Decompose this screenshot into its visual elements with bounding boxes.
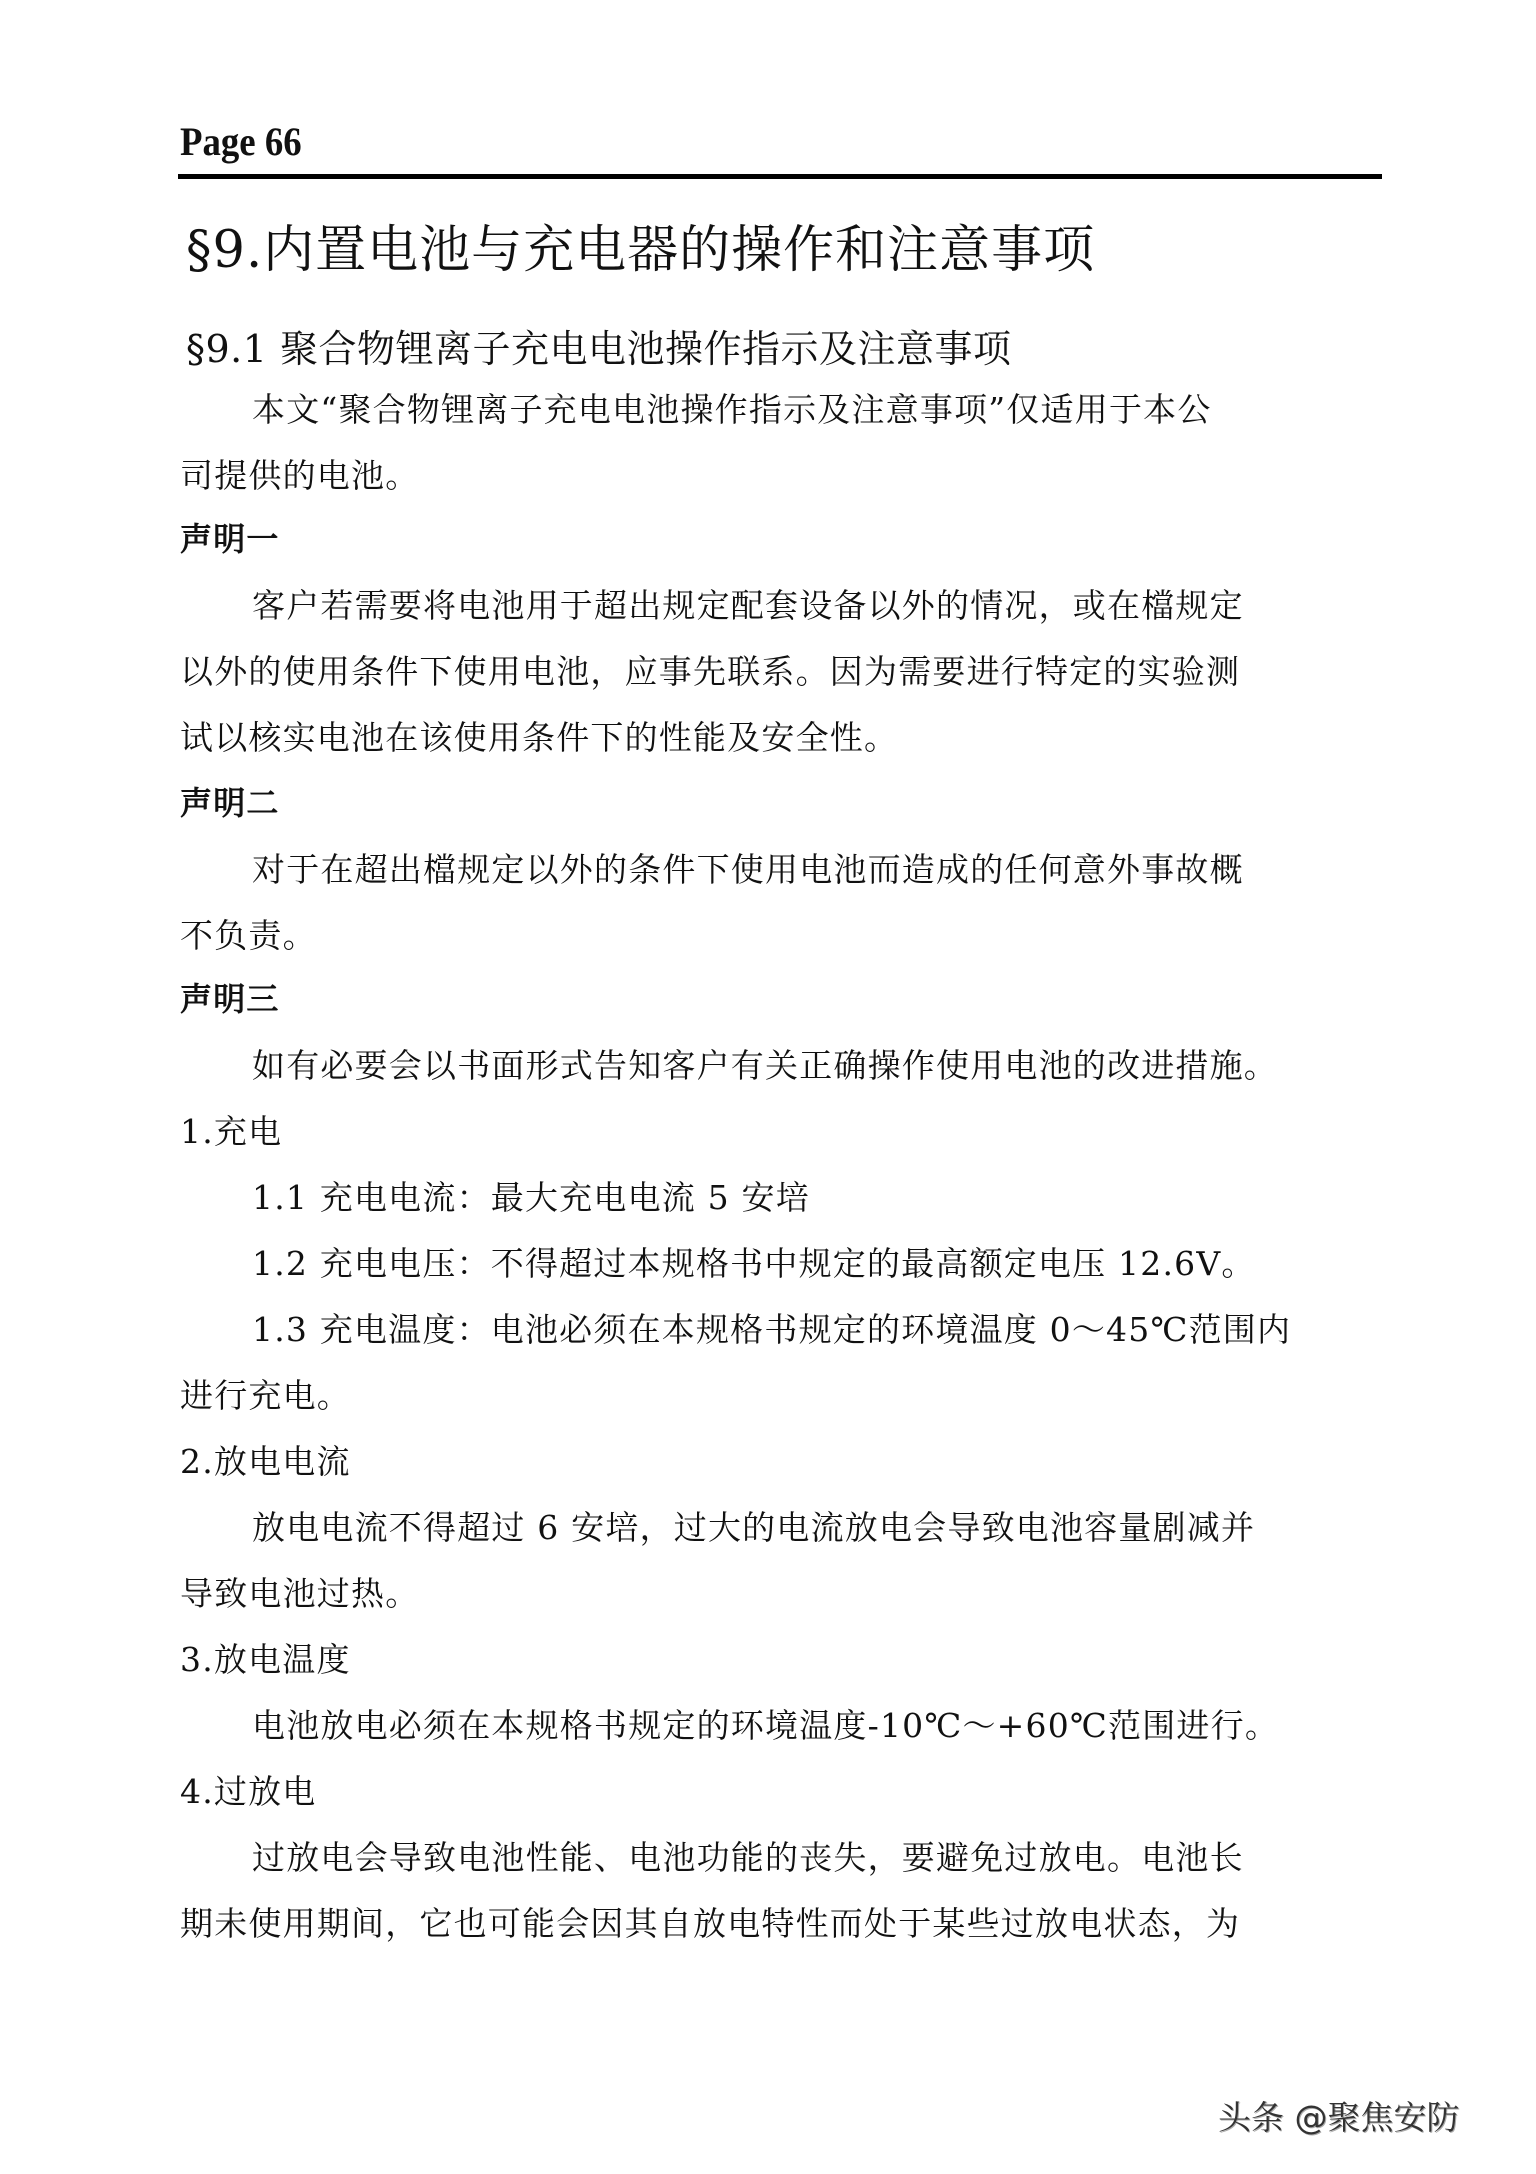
paragraph-line: 对于在超出檔规定以外的条件下使用电池而造成的任何意外事故概 xyxy=(252,844,1244,891)
paragraph-line: 进行充电。 xyxy=(180,1370,351,1417)
paragraph-line: 试以核实电池在该使用条件下的性能及安全性。 xyxy=(180,712,898,759)
paragraph-line: 不负责。 xyxy=(180,910,317,957)
paragraph-line: 电池放电必须在本规格书规定的环境温度-10℃～+60℃范围进行。 xyxy=(252,1700,1279,1747)
list-heading-charging: 1.充电 xyxy=(180,1106,282,1153)
paragraph-line: 客户若需要将电池用于超出规定配套设备以外的情况，或在檔规定 xyxy=(252,580,1244,627)
paragraph-line: 期未使用期间，它也可能会因其自放电特性而处于某些过放电状态，为 xyxy=(180,1898,1240,1945)
paragraph-line: 司提供的电池。 xyxy=(180,450,419,497)
statement-heading-3: 声明三 xyxy=(180,974,280,1020)
list-item-1-1: 1.1 充电电流：最大充电电流 5 安培 xyxy=(252,1172,810,1219)
list-heading-over-discharge: 4.过放电 xyxy=(180,1766,317,1813)
list-heading-discharge-temperature: 3.放电温度 xyxy=(180,1634,351,1681)
subsection-title: §9.1 聚合物锂离子充电电池操作指示及注意事项 xyxy=(186,318,1012,373)
paragraph-line: 导致电池过热。 xyxy=(180,1568,419,1615)
list-item-1-2: 1.2 充电电压：不得超过本规格书中规定的最高额定电压 12.6V。 xyxy=(252,1238,1256,1285)
statement-heading-2: 声明二 xyxy=(180,778,280,824)
statement-heading-1: 声明一 xyxy=(180,514,280,560)
page-number: Page 66 xyxy=(180,118,302,165)
paragraph-line: 放电电流不得超过 6 安培，过大的电流放电会导致电池容量剧减并 xyxy=(252,1502,1255,1549)
list-heading-discharge-current: 2.放电电流 xyxy=(180,1436,351,1483)
paragraph-line: 以外的使用条件下使用电池，应事先联系。因为需要进行特定的实验测 xyxy=(180,646,1240,693)
list-item-1-3: 1.3 充电温度：电池必须在本规格书规定的环境温度 0～45℃范围内 xyxy=(252,1304,1291,1351)
header-rule xyxy=(178,174,1382,179)
paragraph-line: 本文“聚合物锂离子充电电池操作指示及注意事项”仅适用于本公 xyxy=(252,384,1212,431)
paragraph-line: 过放电会导致电池性能、电池功能的丧失，要避免过放电。电池长 xyxy=(252,1832,1244,1879)
paragraph-line: 如有必要会以书面形式告知客户有关正确操作使用电池的改进措施。 xyxy=(252,1040,1278,1087)
section-title: §9.内置电池与充电器的操作和注意事项 xyxy=(186,208,1095,282)
watermark: 头条 @聚焦安防 xyxy=(1218,2092,1460,2139)
